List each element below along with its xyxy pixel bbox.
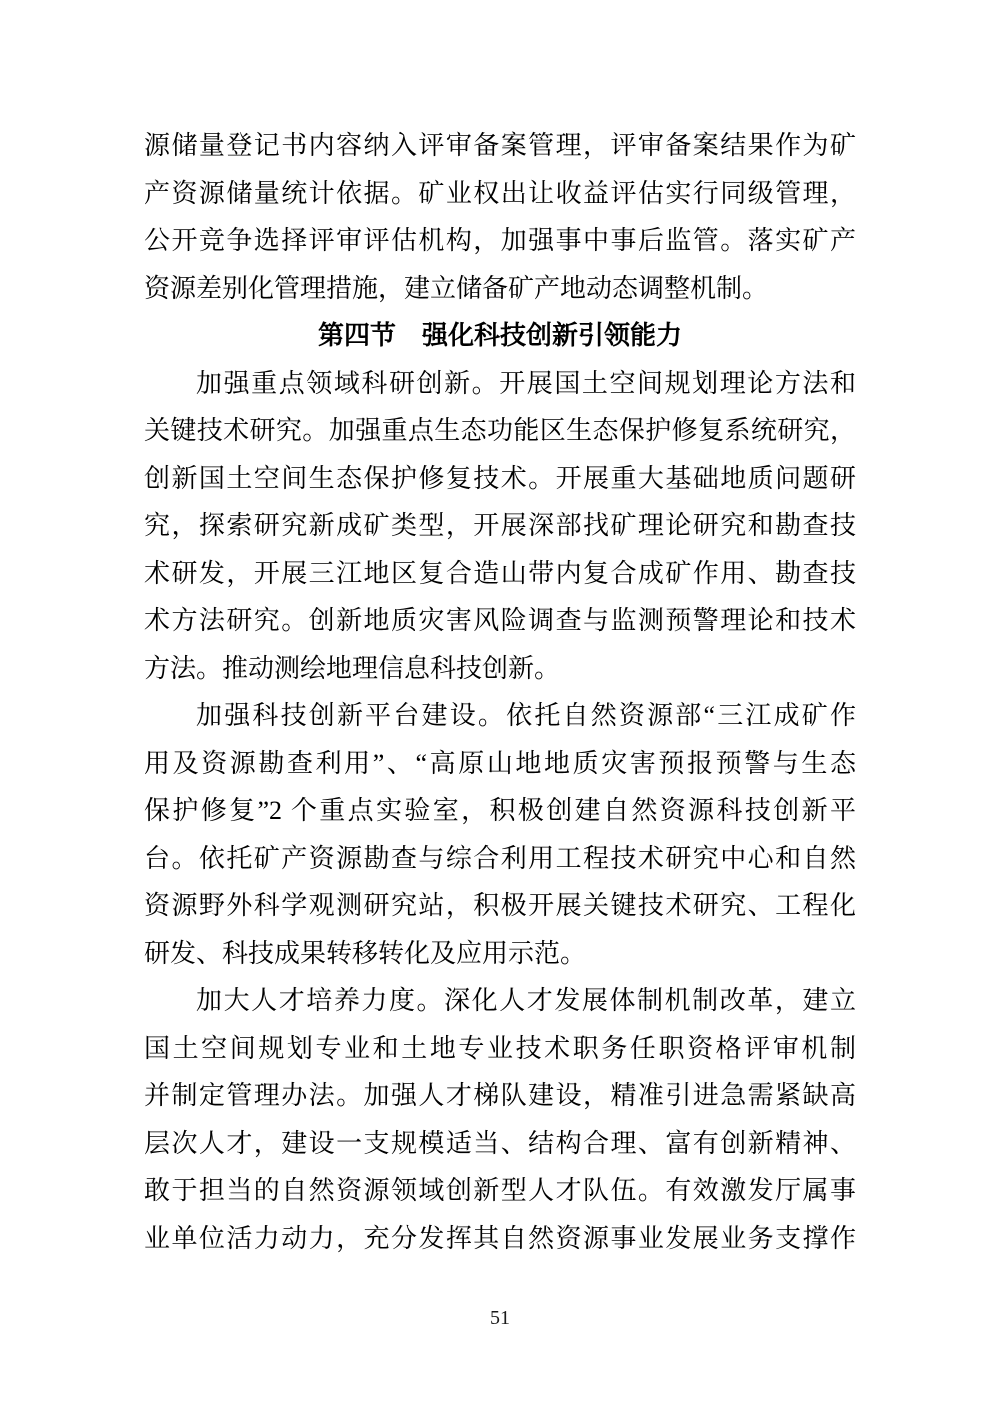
text-line: 业单位活力动力，充分发挥其自然资源事业发展业务支撑作 [144,1215,856,1263]
text-line: 保护修复”2 个重点实验室，积极创建自然资源科技创新平 [144,787,856,835]
text-line: 敢于担当的自然资源领域创新型人才队伍。有效激发厅属事 [144,1167,856,1215]
text-line: 资源野外科学观测研究站，积极开展关键技术研究、工程化 [144,882,856,930]
page-content: 源储量登记书内容纳入评审备案管理，评审备案结果作为矿 产资源储量统计依据。矿业权… [144,122,856,1262]
text-line: 研发、科技成果转移转化及应用示范。 [144,930,856,978]
text-line: 并制定管理办法。加强人才梯队建设，精准引进急需紧缺高 [144,1072,856,1120]
text-line: 方法。推动测绘地理信息科技创新。 [144,645,856,693]
text-line: 创新国土空间生态保护修复技术。开展重大基础地质问题研 [144,455,856,503]
text-line: 术研发，开展三江地区复合造山带内复合成矿作用、勘查技 [144,550,856,598]
text-line: 层次人才，建设一支规模适当、结构合理、富有创新精神、 [144,1120,856,1168]
text-line: 加强重点领域科研创新。开展国土空间规划理论方法和 [144,360,856,408]
text-line: 用及资源勘查利用”、“高原山地地质灾害预报预警与生态 [144,740,856,788]
text-line: 关键技术研究。加强重点生态功能区生态保护修复系统研究， [144,407,856,455]
text-line: 源储量登记书内容纳入评审备案管理，评审备案结果作为矿 [144,122,856,170]
text-line: 公开竞争选择评审评估机构，加强事中事后监管。落实矿产 [144,217,856,265]
page-number: 51 [0,1303,1000,1333]
text-line: 究，探索研究新成矿类型，开展深部找矿理论研究和勘查技 [144,502,856,550]
section-heading: 第四节 强化科技创新引领能力 [144,312,856,360]
text-line: 资源差别化管理措施，建立储备矿产地动态调整机制。 [144,265,856,313]
text-line: 产资源储量统计依据。矿业权出让收益评估实行同级管理， [144,170,856,218]
document-page: 源储量登记书内容纳入评审备案管理，评审备案结果作为矿 产资源储量统计依据。矿业权… [0,0,1000,1413]
text-line: 国土空间规划专业和土地专业技术职务任职资格评审机制 [144,1025,856,1073]
text-line: 术方法研究。创新地质灾害风险调查与监测预警理论和技术 [144,597,856,645]
text-line: 加大人才培养力度。深化人才发展体制机制改革，建立 [144,977,856,1025]
text-line: 台。依托矿产资源勘查与综合利用工程技术研究中心和自然 [144,835,856,883]
text-line: 加强科技创新平台建设。依托自然资源部“三江成矿作 [144,692,856,740]
